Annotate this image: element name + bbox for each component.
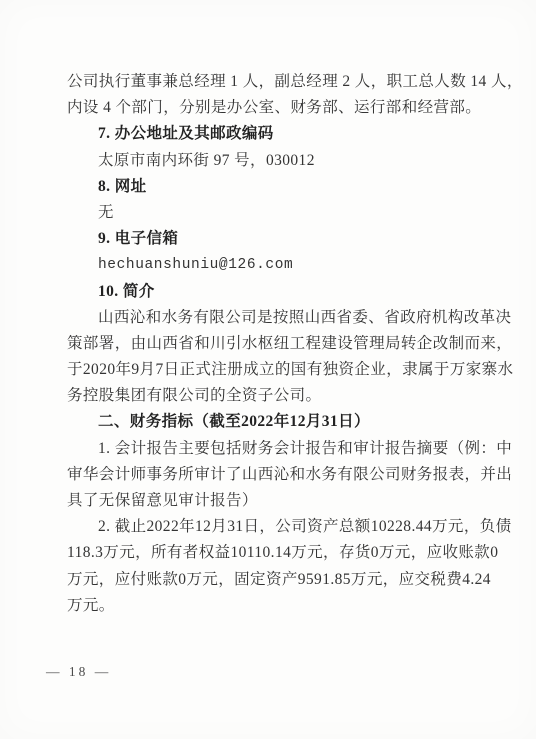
heading-office-address: 7. 办公地址及其邮政编码 (67, 121, 485, 147)
heading-profile: 10. 简介 (67, 279, 485, 305)
heading-email: 9. 电子信箱 (67, 226, 485, 252)
paragraph-line: 万元，应付账款0万元，固定资产9591.85万元，应交税费4.24 (67, 567, 485, 593)
paragraph-line: 内设 4 个部门，分别是办公室、财务部、运行部和经营部。 (67, 95, 485, 121)
scanned-document-page: 公司执行董事兼总经理 1 人，副总经理 2 人，职工总人数 14 人， 内设 4… (0, 0, 536, 739)
email-value: hechuanshuniu@126.com (67, 252, 485, 278)
paragraph-line: 1. 会计报告主要包括财务会计报告和审计报告摘要（例：中 (67, 436, 485, 462)
paragraph-line: 山西沁和水务有限公司是按照山西省委、省政府机构改革决 (67, 305, 485, 331)
paragraph-line: 审华会计师事务所审计了山西沁和水务有限公司财务报表，并出 (67, 462, 485, 488)
heading-financial-indicators: 二、财务指标（截至2022年12月31日） (67, 409, 485, 435)
website-value: 无 (67, 200, 485, 226)
office-address-value: 太原市南内环街 97 号，030012 (67, 148, 485, 174)
paragraph-line: 万元。 (67, 593, 485, 619)
document-body: 公司执行董事兼总经理 1 人，副总经理 2 人，职工总人数 14 人， 内设 4… (67, 69, 485, 619)
paragraph-line: 于2020年9月7日正式注册成立的国有独资企业，隶属于万家寨水 (67, 357, 485, 383)
page-number: — 18 — (46, 663, 111, 681)
paragraph-line: 公司执行董事兼总经理 1 人，副总经理 2 人，职工总人数 14 人， (67, 69, 485, 95)
paragraph-line: 2. 截止2022年12月31日，公司资产总额10228.44万元，负债 (67, 514, 485, 540)
paragraph-line: 策部署，由山西省和川引水枢纽工程建设管理局转企改制而来， (67, 331, 485, 357)
paragraph-line: 118.3万元，所有者权益10110.14万元，存货0万元，应收账款0 (67, 540, 485, 566)
heading-website: 8. 网址 (67, 174, 485, 200)
paragraph-line: 具了无保留意见审计报告） (67, 488, 485, 514)
paragraph-line: 务控股集团有限公司的全资子公司。 (67, 383, 485, 409)
